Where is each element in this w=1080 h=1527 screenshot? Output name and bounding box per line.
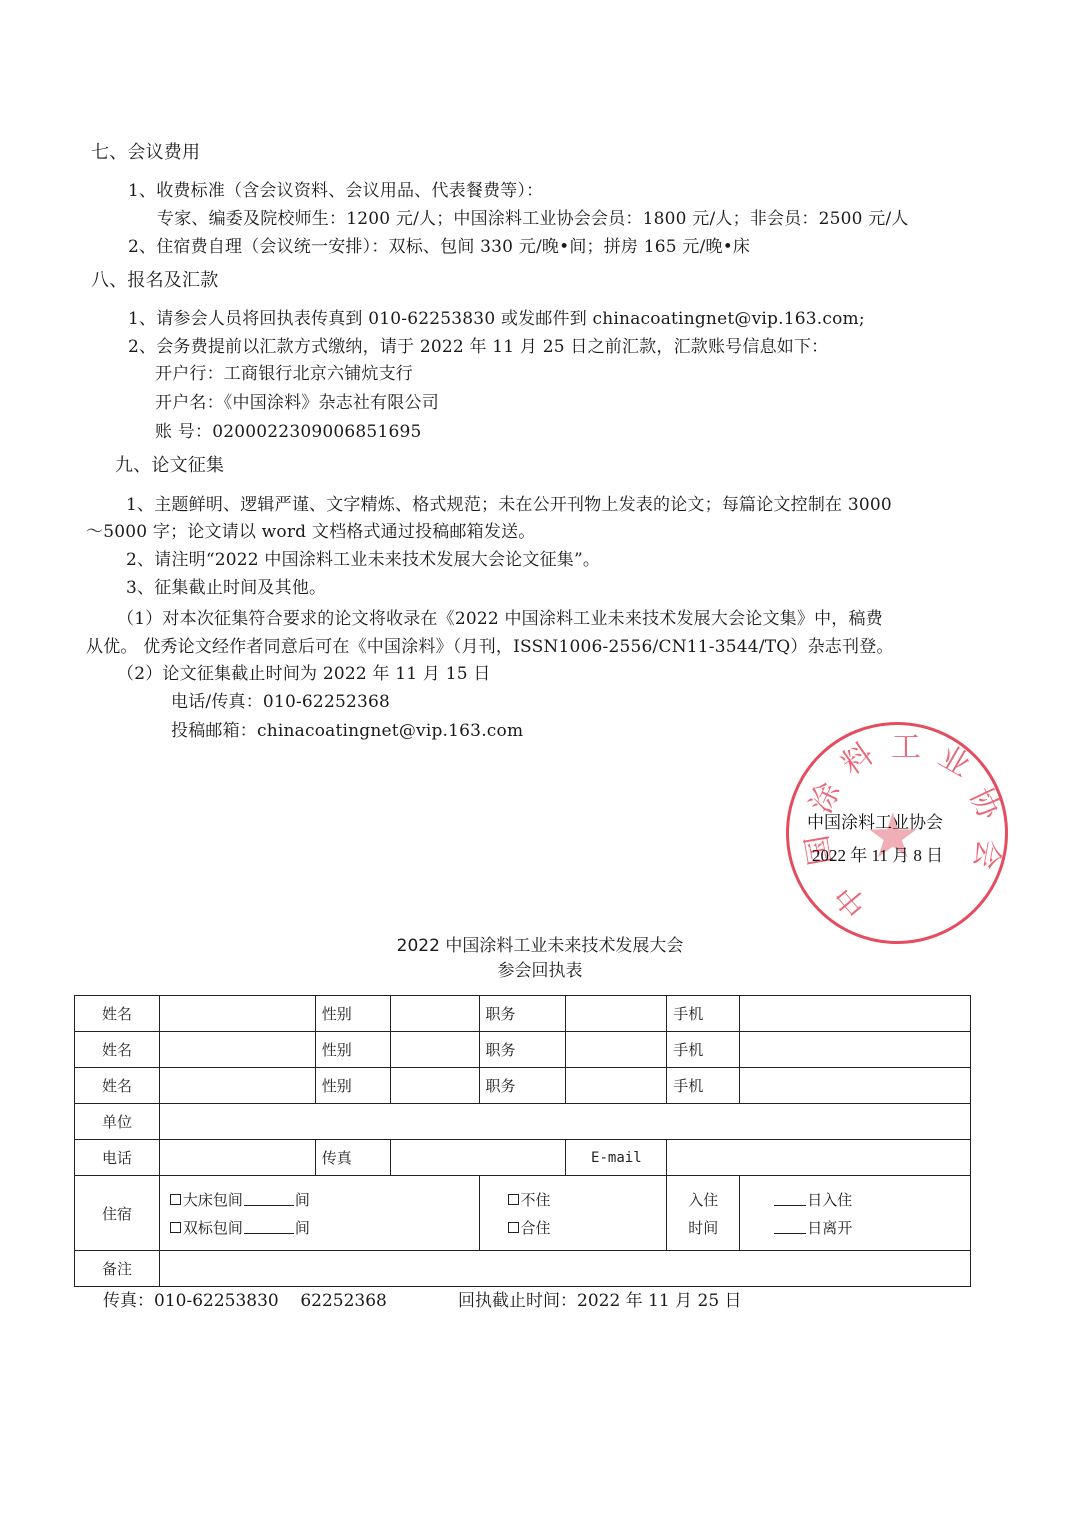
- phone-field[interactable]: [159, 1140, 315, 1176]
- name-field[interactable]: [159, 1032, 315, 1068]
- unit-field[interactable]: [159, 1104, 970, 1140]
- room-unit-label: 间: [295, 1189, 310, 1210]
- section-8-heading: 八、报名及汇款: [91, 270, 218, 292]
- attendee-row: 姓名 性别 职务 手机: [75, 1068, 971, 1104]
- remarks-row: 备注: [75, 1251, 971, 1287]
- checkin-day-field[interactable]: [774, 1192, 806, 1206]
- paper-collection-1: （1）对本次征集符合要求的论文将收录在《2022 中国涂料工业未来技术发展大会论…: [117, 608, 883, 630]
- attendee-row: 姓名 性别 职务 手机: [75, 1032, 971, 1068]
- seal-char: 业: [931, 739, 977, 785]
- mobile-field[interactable]: [740, 996, 971, 1032]
- position-label: 职务: [479, 1068, 566, 1104]
- big-bed-checkbox[interactable]: [170, 1194, 181, 1205]
- seal-char: 工: [889, 731, 923, 765]
- gender-label: 性别: [315, 1032, 390, 1068]
- mobile-label: 手机: [667, 996, 740, 1032]
- name-field[interactable]: [159, 996, 315, 1032]
- position-field[interactable]: [566, 1068, 667, 1104]
- share-checkbox[interactable]: [508, 1222, 519, 1233]
- paper-collection-2: 从优。 优秀论文经作者同意后可在《中国涂料》（月刊，ISSN1006-2556/…: [86, 636, 894, 658]
- payment-info: 2、会务费提前以汇款方式缴纳，请于 2022 年 11 月 25 日之前汇款，汇…: [128, 336, 828, 358]
- email-field[interactable]: [667, 1140, 971, 1176]
- fax-label: 传真: [315, 1140, 390, 1176]
- lodging-fee: 2、住宿费自理（会议统一安排）：双标、包间 330 元/晚•间；拼房 165 元…: [128, 236, 750, 258]
- mobile-label: 手机: [667, 1068, 740, 1104]
- unit-row: 单位: [75, 1104, 971, 1140]
- room-unit-label: 间: [295, 1217, 310, 1238]
- registration-form: 姓名 性别 职务 手机 姓名 性别 职务 手机 姓名 性别 职务 手机 单位 电…: [74, 995, 971, 1287]
- position-field[interactable]: [566, 996, 667, 1032]
- section-7-heading: 七、会议费用: [91, 142, 200, 164]
- signature-org: 中国涂料工业协会: [807, 812, 943, 834]
- checkout-day-label: 日离开: [807, 1217, 852, 1238]
- fee-detail: 专家、编委及院校师生：1200 元/人；中国涂料工业协会会员：1800 元/人；…: [157, 208, 909, 230]
- position-field[interactable]: [566, 1032, 667, 1068]
- seal-char: 协: [961, 781, 1006, 826]
- big-bed-count-field[interactable]: [244, 1192, 294, 1206]
- footer-fax: 传真：010-62253830 62252368: [103, 1290, 387, 1312]
- contact-phone: 电话/传真：010-62252368: [171, 691, 390, 713]
- remarks-label: 备注: [75, 1251, 160, 1287]
- name-label: 姓名: [75, 1068, 160, 1104]
- remarks-field[interactable]: [159, 1251, 970, 1287]
- gender-label: 性别: [315, 996, 390, 1032]
- paper-note: 2、请注明“2022 中国涂料工业未来技术发展大会论文征集”。: [126, 549, 600, 571]
- fax-field[interactable]: [390, 1140, 566, 1176]
- account-number: 账 号：0200022309006851695: [155, 421, 422, 443]
- contact-email: 投稿邮箱：chinacoatingnet@vip.163.com: [171, 720, 523, 742]
- lodging-label: 住宿: [75, 1176, 160, 1251]
- account-name: 开户名：《中国涂料》杂志社有限公司: [155, 392, 439, 414]
- paper-requirements-1: 1、主题鲜明、逻辑严谨、文字精炼、格式规范；未在公开刊物上发表的论文；每篇论文控…: [126, 494, 892, 516]
- attendee-row: 姓名 性别 职务 手机: [75, 996, 971, 1032]
- name-field[interactable]: [159, 1068, 315, 1104]
- gender-label: 性别: [315, 1068, 390, 1104]
- lodging-row: 住宿 大床包间 间 双标包间 间 不住 合住: [75, 1176, 971, 1251]
- position-label: 职务: [479, 996, 566, 1032]
- paper-requirements-2: ～5000 字；论文请以 word 文档格式通过投稿邮箱发送。: [86, 521, 535, 543]
- twin-checkbox[interactable]: [170, 1222, 181, 1233]
- no-stay-label: 不住: [521, 1189, 551, 1210]
- checkin-time-label-1: 入住: [673, 1185, 733, 1213]
- fee-standard: 1、收费标准（含会议资料、会议用品、代表餐费等）：: [128, 180, 543, 202]
- checkin-day-label: 日入住: [807, 1189, 852, 1210]
- share-label: 合住: [521, 1217, 551, 1238]
- checkin-time-label-2: 时间: [673, 1213, 733, 1241]
- seal-char: 中: [828, 876, 876, 924]
- seal-char: 料: [834, 736, 881, 783]
- position-label: 职务: [479, 1032, 566, 1068]
- gender-field[interactable]: [390, 996, 479, 1032]
- mobile-field[interactable]: [740, 1068, 971, 1104]
- name-label: 姓名: [75, 996, 160, 1032]
- unit-label: 单位: [75, 1104, 160, 1140]
- name-label: 姓名: [75, 1032, 160, 1068]
- email-label: E-mail: [566, 1140, 667, 1176]
- mobile-field[interactable]: [740, 1032, 971, 1068]
- checkout-day-field[interactable]: [774, 1220, 806, 1234]
- twin-label: 双标包间: [183, 1217, 243, 1238]
- form-subtitle: 参会回执表: [0, 960, 1080, 982]
- registration-info: 1、请参会人员将回执表传真到 010-62253830 或发邮件到 chinac…: [128, 308, 865, 330]
- phone-label: 电话: [75, 1140, 160, 1176]
- section-9-heading: 九、论文征集: [115, 455, 224, 477]
- no-stay-checkbox[interactable]: [508, 1194, 519, 1205]
- contact-row: 电话 传真 E-mail: [75, 1140, 971, 1176]
- form-title: 2022 中国涂料工业未来技术发展大会: [0, 935, 1080, 957]
- footer-deadline: 回执截止时间：2022 年 11 月 25 日: [458, 1290, 742, 1312]
- paper-deadline-heading: 3、征集截止时间及其他。: [126, 577, 326, 599]
- big-bed-label: 大床包间: [183, 1189, 243, 1210]
- signature-date: 2022 年 11 月 8 日: [812, 845, 943, 867]
- twin-count-field[interactable]: [244, 1220, 294, 1234]
- seal-char: 会: [966, 834, 1005, 873]
- gender-field[interactable]: [390, 1068, 479, 1104]
- gender-field[interactable]: [390, 1032, 479, 1068]
- paper-deadline: （2）论文征集截止时间为 2022 年 11 月 15 日: [117, 663, 491, 685]
- mobile-label: 手机: [667, 1032, 740, 1068]
- bank-name: 开户行：工商银行北京六铺炕支行: [155, 363, 413, 385]
